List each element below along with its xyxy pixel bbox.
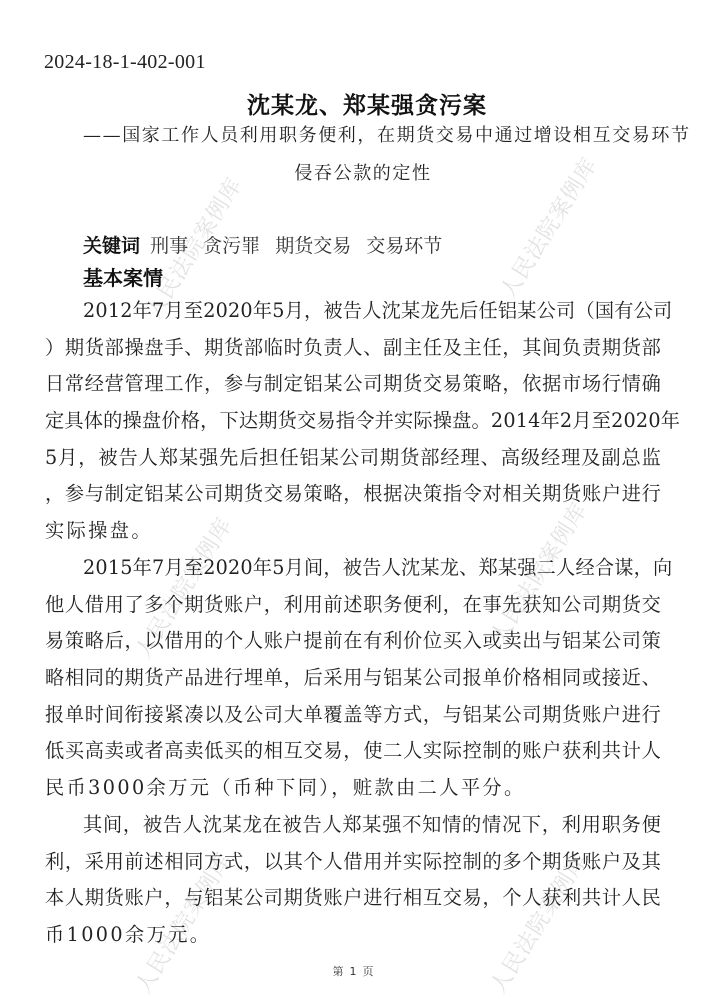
document-title: 沈某龙、郑某强贪污案 (0, 87, 706, 120)
text-line: 5月，被告人郑某强先后担任铝某公司期货部经理、高级经理及副总监 (45, 446, 661, 470)
text-line: 民币3000余万元（币种下同），赃款由二人平分。 (45, 776, 661, 800)
text-line: 实际操盘。 (45, 519, 661, 543)
text-line: 币1000余万元。 (45, 923, 661, 947)
keyword-item: 刑事 (150, 235, 188, 257)
text-line: ）期货部操盘手、期货部临时负责人、副主任及主任，其间负责期货部 (45, 336, 661, 360)
page-footer: 第1页 (0, 963, 706, 979)
page-number: 1 (350, 965, 357, 978)
text-line: 他人借用了多个期货账户，利用前述职务便利，在事先获知公司期货交 (45, 593, 661, 617)
case-number: 2024-18-1-402-001 (44, 51, 206, 74)
keywords-row: 关键词 刑事 贪污罪 期货交易 交易环节 (83, 231, 451, 258)
text-line: ，参与制定铝某公司期货交易策略，根据决策指令对相关期货账户进行 (45, 482, 661, 506)
section-heading-basic-facts: 基本案情 (83, 262, 163, 291)
document-subtitle-line-2: 侵吞公款的定性 (0, 159, 706, 185)
keyword-item: 期货交易 (275, 235, 351, 257)
text-line: 定具体的操盘价格，下达期货交易指令并实际操盘。2014年2月至2020年 (45, 409, 661, 433)
page-prefix: 第 (333, 965, 344, 978)
text-line: 日常经营管理工作，参与制定铝某公司期货交易策略，依据市场行情确 (45, 372, 661, 396)
page-suffix: 页 (363, 965, 374, 978)
keyword-item: 交易环节 (366, 235, 442, 257)
text-line: 其间，被告人沈某龙在被告人郑某强不知情的情况下，利用职务便 (83, 813, 661, 837)
keywords-label: 关键词 (83, 235, 140, 257)
text-line: 低买高卖或者高卖低买的相互交易，使二人实际控制的账户获利共计人 (45, 739, 661, 763)
text-line: 2012年7月至2020年5月，被告人沈某龙先后任铝某公司（国有公司 (83, 299, 661, 323)
text-line: 略相同的期货产品进行埋单，后采用与铝某公司报单价格相同或接近、 (45, 666, 661, 690)
text-line: 2015年7月至2020年5月间，被告人沈某龙、郑某强二人经合谋，向 (83, 556, 661, 580)
text-line: 报单时间衔接紧凑以及公司大单覆盖等方式，与铝某公司期货账户进行 (45, 703, 661, 727)
text-line: 利，采用前述相同方式，以其个人借用并实际控制的多个期货账户及其 (45, 850, 661, 874)
text-line: 本人期货账户，与铝某公司期货账户进行相互交易，个人获利共计人民 (45, 886, 661, 910)
text-line: 易策略后，以借用的个人账户提前在有利价位买入或卖出与铝某公司策 (45, 629, 661, 653)
document-page: 人民法院案例库 人民法院案例库 人民法院案例库 人民法院案例库 人民法院案例库 … (0, 0, 706, 999)
document-subtitle-line-1: ——国家工作人员利用职务便利，在期货交易中通过增设相互交易环节 (83, 121, 691, 147)
keyword-item: 贪污罪 (203, 235, 260, 257)
